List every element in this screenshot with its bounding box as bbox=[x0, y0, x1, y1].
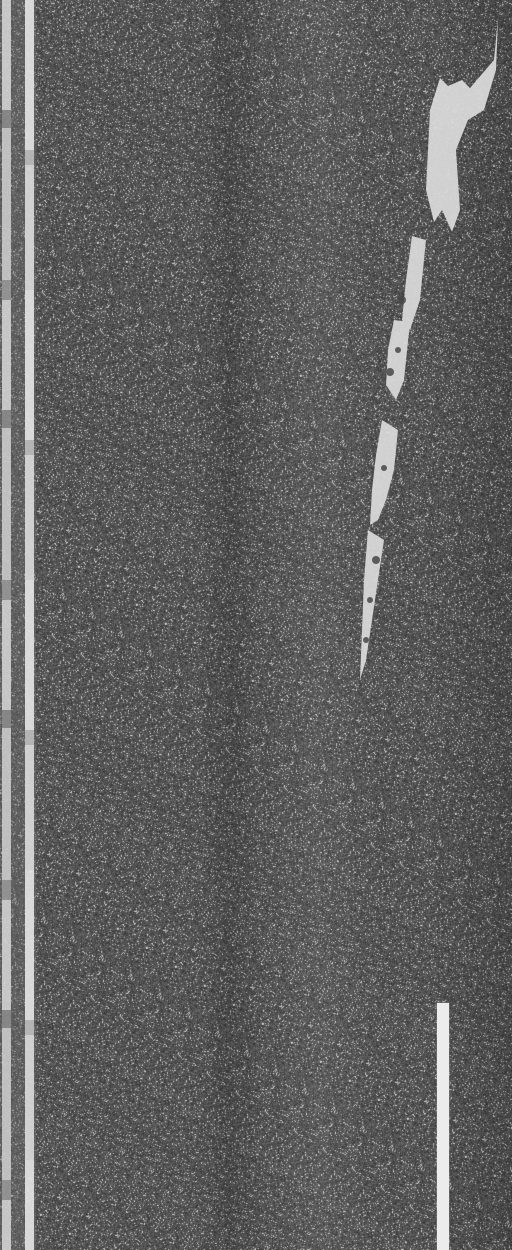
road-surface-image bbox=[0, 0, 512, 1250]
right-lane-line bbox=[437, 1003, 449, 1250]
worn-diagonal-marking bbox=[0, 0, 512, 1250]
